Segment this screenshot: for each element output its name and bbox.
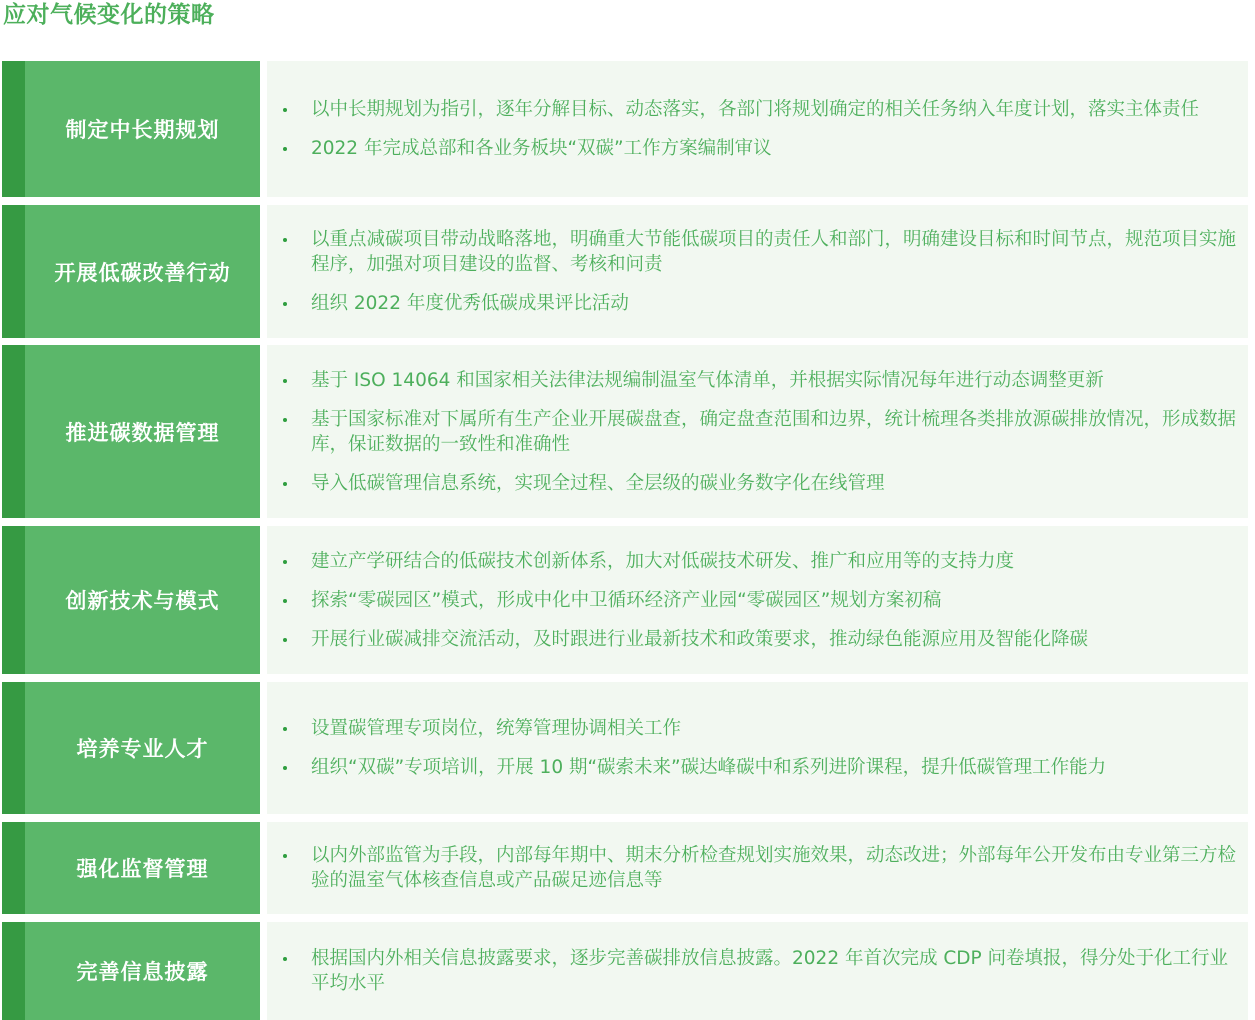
accent-stripe (2, 822, 25, 914)
bullet-icon (283, 755, 311, 780)
bullet-icon (283, 471, 311, 496)
list-item: 导入低碳管理信息系统，实现全过程、全层级的碳业务数字化在线管理 (283, 471, 1236, 496)
strategy-label-block: 强化监督管理 (2, 822, 260, 914)
strategy-row-1: 制定中长期规划 以中长期规划为指引，逐年分解目标、动态落实，各部门将规划确定的相… (2, 61, 1248, 197)
bullet-icon (283, 627, 311, 652)
strategy-label-block: 创新技术与模式 (2, 526, 260, 674)
item-text: 建立产学研结合的低碳技术创新体系，加大对低碳技术研发、推广和应用等的支持力度 (311, 549, 1236, 574)
strategy-label: 制定中长期规划 (25, 61, 260, 197)
item-text: 组织 2022 年度优秀低碳成果评比活动 (311, 291, 1236, 316)
bullet-icon (283, 136, 311, 161)
strategy-label: 创新技术与模式 (25, 526, 260, 674)
list-item: 探索“零碳园区”模式，形成中化中卫循环经济产业园“零碳园区”规划方案初稿 (283, 588, 1236, 613)
item-text: 基于 ISO 14064 和国家相关法律法规编制温室气体清单，并根据实际情况每年… (311, 368, 1236, 393)
strategy-row-5: 培养专业人才 设置碳管理专项岗位，统筹管理协调相关工作 组织“双碳”专项培训，开… (2, 682, 1248, 814)
page-title: 应对气候变化的策略 (3, 0, 215, 30)
accent-stripe (2, 682, 25, 814)
strategy-label: 培养专业人才 (25, 682, 260, 814)
strategy-details: 基于 ISO 14064 和国家相关法律法规编制温室气体清单，并根据实际情况每年… (267, 345, 1248, 518)
bullet-icon (283, 97, 311, 122)
list-item: 以重点减碳项目带动战略落地，明确重大节能低碳项目的责任人和部门，明确建设目标和时… (283, 227, 1236, 277)
list-item: 以中长期规划为指引，逐年分解目标、动态落实，各部门将规划确定的相关任务纳入年度计… (283, 97, 1236, 122)
item-text: 以重点减碳项目带动战略落地，明确重大节能低碳项目的责任人和部门，明确建设目标和时… (311, 227, 1236, 277)
bullet-icon (283, 716, 311, 741)
accent-stripe (2, 61, 25, 197)
item-text: 以内外部监管为手段，内部每年期中、期末分析检查规划实施效果，动态改进；外部每年公… (311, 843, 1236, 893)
bullet-icon (283, 946, 311, 971)
bullet-icon (283, 291, 311, 316)
list-item: 开展行业碳减排交流活动，及时跟进行业最新技术和政策要求，推动绿色能源应用及智能化… (283, 627, 1236, 652)
list-item: 设置碳管理专项岗位，统筹管理协调相关工作 (283, 716, 1236, 741)
strategy-row-7: 完善信息披露 根据国内外相关信息披露要求，逐步完善碳排放信息披露。2022 年首… (2, 922, 1248, 1020)
item-text: 导入低碳管理信息系统，实现全过程、全层级的碳业务数字化在线管理 (311, 471, 1236, 496)
accent-stripe (2, 205, 25, 338)
list-item: 2022 年完成总部和各业务板块“双碳”工作方案编制审议 (283, 136, 1236, 161)
bullet-icon (283, 407, 311, 432)
list-item: 基于国家标准对下属所有生产企业开展碳盘查，确定盘查范围和边界，统计梳理各类排放源… (283, 407, 1236, 457)
bullet-icon (283, 843, 311, 868)
strategy-label: 完善信息披露 (25, 922, 260, 1020)
strategy-label-block: 推进碳数据管理 (2, 345, 260, 518)
item-text: 基于国家标准对下属所有生产企业开展碳盘查，确定盘查范围和边界，统计梳理各类排放源… (311, 407, 1236, 457)
list-item: 组织 2022 年度优秀低碳成果评比活动 (283, 291, 1236, 316)
strategy-details: 根据国内外相关信息披露要求，逐步完善碳排放信息披露。2022 年首次完成 CDP… (267, 922, 1248, 1020)
item-text: 探索“零碳园区”模式，形成中化中卫循环经济产业园“零碳园区”规划方案初稿 (311, 588, 1236, 613)
accent-stripe (2, 526, 25, 674)
bullet-icon (283, 549, 311, 574)
strategy-details: 建立产学研结合的低碳技术创新体系，加大对低碳技术研发、推广和应用等的支持力度 探… (267, 526, 1248, 674)
strategy-row-2: 开展低碳改善行动 以重点减碳项目带动战略落地，明确重大节能低碳项目的责任人和部门… (2, 205, 1248, 338)
list-item: 基于 ISO 14064 和国家相关法律法规编制温室气体清单，并根据实际情况每年… (283, 368, 1236, 393)
bullet-icon (283, 588, 311, 613)
list-item: 根据国内外相关信息披露要求，逐步完善碳排放信息披露。2022 年首次完成 CDP… (283, 946, 1236, 996)
bullet-icon (283, 368, 311, 393)
strategy-label: 开展低碳改善行动 (25, 205, 260, 338)
strategy-label-block: 培养专业人才 (2, 682, 260, 814)
item-text: 组织“双碳”专项培训，开展 10 期“碳索未来”碳达峰碳中和系列进阶课程，提升低… (311, 755, 1236, 780)
accent-stripe (2, 922, 25, 1020)
bullet-icon (283, 227, 311, 252)
list-item: 建立产学研结合的低碳技术创新体系，加大对低碳技术研发、推广和应用等的支持力度 (283, 549, 1236, 574)
strategy-label: 推进碳数据管理 (25, 345, 260, 518)
list-item: 组织“双碳”专项培训，开展 10 期“碳索未来”碳达峰碳中和系列进阶课程，提升低… (283, 755, 1236, 780)
strategy-details: 以内外部监管为手段，内部每年期中、期末分析检查规划实施效果，动态改进；外部每年公… (267, 822, 1248, 914)
list-item: 以内外部监管为手段，内部每年期中、期末分析检查规划实施效果，动态改进；外部每年公… (283, 843, 1236, 893)
strategy-details: 设置碳管理专项岗位，统筹管理协调相关工作 组织“双碳”专项培训，开展 10 期“… (267, 682, 1248, 814)
strategy-label: 强化监督管理 (25, 822, 260, 914)
strategy-label-block: 制定中长期规划 (2, 61, 260, 197)
strategy-row-4: 创新技术与模式 建立产学研结合的低碳技术创新体系，加大对低碳技术研发、推广和应用… (2, 526, 1248, 674)
item-text: 根据国内外相关信息披露要求，逐步完善碳排放信息披露。2022 年首次完成 CDP… (311, 946, 1236, 996)
accent-stripe (2, 345, 25, 518)
item-text: 设置碳管理专项岗位，统筹管理协调相关工作 (311, 716, 1236, 741)
strategy-details: 以重点减碳项目带动战略落地，明确重大节能低碳项目的责任人和部门，明确建设目标和时… (267, 205, 1248, 338)
strategy-label-block: 开展低碳改善行动 (2, 205, 260, 338)
item-text: 开展行业碳减排交流活动，及时跟进行业最新技术和政策要求，推动绿色能源应用及智能化… (311, 627, 1236, 652)
strategy-details: 以中长期规划为指引，逐年分解目标、动态落实，各部门将规划确定的相关任务纳入年度计… (267, 61, 1248, 197)
item-text: 2022 年完成总部和各业务板块“双碳”工作方案编制审议 (311, 136, 1236, 161)
strategy-label-block: 完善信息披露 (2, 922, 260, 1020)
strategy-row-3: 推进碳数据管理 基于 ISO 14064 和国家相关法律法规编制温室气体清单，并… (2, 345, 1248, 518)
strategy-row-6: 强化监督管理 以内外部监管为手段，内部每年期中、期末分析检查规划实施效果，动态改… (2, 822, 1248, 914)
item-text: 以中长期规划为指引，逐年分解目标、动态落实，各部门将规划确定的相关任务纳入年度计… (311, 97, 1236, 122)
